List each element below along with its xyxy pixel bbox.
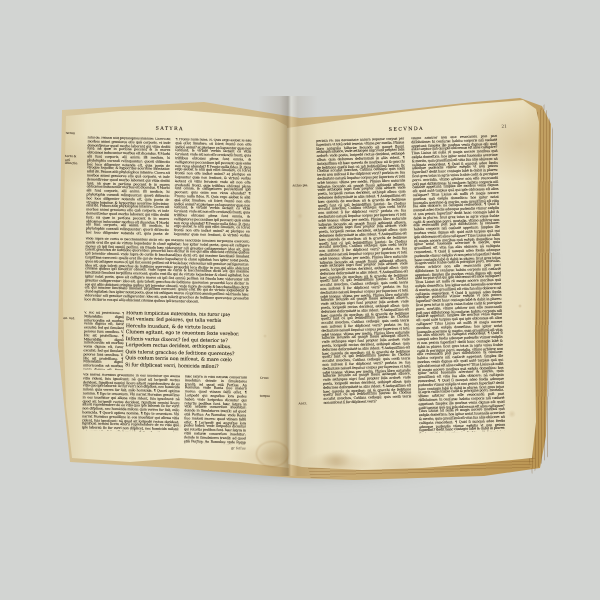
margin-note-ron: Ron. Iud. — [61, 317, 81, 321]
page-number: 21 — [477, 124, 507, 130]
left-column-1-lower: Vbi narrat Horatius grauiſſime in eos in… — [82, 373, 180, 432]
photo-scene: SATYRA Patron Morbi & eorū diſtinctio. R… — [0, 0, 600, 600]
left-column-2-lower: hæc ſatyra in vitiū naturæ conuerſum inu… — [184, 375, 247, 444]
margin-note-asci: ASCI. — [298, 402, 322, 406]
left-page: SATYRA Patron Morbi & eorū diſtinctio. R… — [60, 106, 290, 472]
margin-note-aethiopia: Æthio pia. — [292, 184, 314, 188]
left-verse-side-commentary: V. Hic ait profeſſione. ¶ Miſerabilis: d… — [83, 311, 124, 370]
right-page-content: SECVNDA 21 Æthio pia. ASCI. perlata re: … — [280, 86, 553, 475]
left-page-content: SATYRA Patron Morbi & eorū diſtinctio. R… — [54, 105, 291, 475]
left-column-2-upper: ¶ Fronte nulla fides. R. Quis ergo aieba… — [174, 138, 252, 237]
margin-note-cruci: Cruci — [260, 377, 285, 381]
right-page: SECVNDA 21 Æthio pia. ASCI. perlata re: … — [282, 92, 544, 474]
margin-note-patron: Patron — [65, 132, 86, 136]
left-fullwidth-commentary: vnde ſupra de curiis & bacchanalibus dic… — [84, 237, 249, 310]
water-stain — [320, 451, 352, 468]
margin-note-morbi: Morbi & eorū diſtinctio. — [63, 155, 84, 166]
ring-stain — [256, 441, 289, 467]
margin-note-torque: torque — [260, 395, 285, 399]
running-head-right: SECVNDA — [316, 125, 497, 135]
right-column-2: vltimo arbitror non eſſe reuocandū poſt … — [411, 135, 505, 433]
running-head-left: SATYRA — [88, 125, 252, 133]
verse-block: Horum ſimplicitas miſerabilis, his furor… — [125, 311, 249, 373]
catchword: gr feſſus — [184, 445, 246, 450]
right-column-1: perlata re: ſua decliuitate naturā ſequi… — [316, 137, 412, 441]
left-column-1-upper: nihil dē. Fatuos aiūt phyloſophos inſani… — [86, 136, 171, 236]
